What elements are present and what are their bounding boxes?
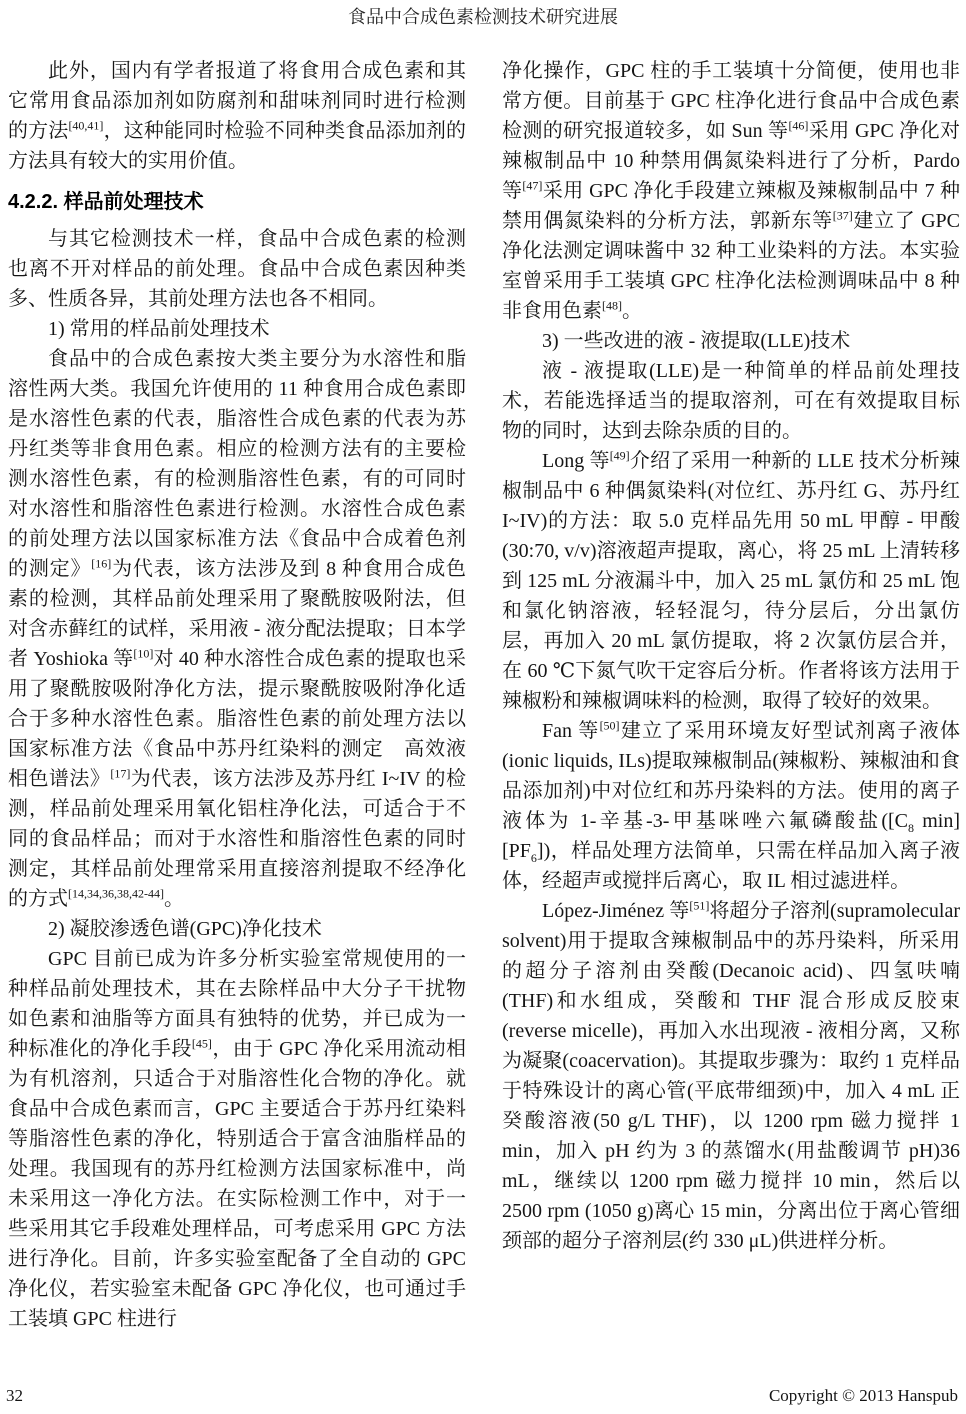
citation-ref: [45]	[192, 1036, 212, 1050]
citation-ref: [49]	[610, 448, 630, 462]
paragraph: López-Jiménez 等[51]将超分子溶剂(supramolecular…	[502, 896, 960, 1256]
copyright-notice: Copyright © 2013 Hanspub	[769, 1386, 958, 1406]
citation-ref: [16]	[91, 556, 111, 570]
paper-page: 食品中合成色素检测技术研究进展 此外，国内有学者报道了将食用合成色素和其它常用食…	[0, 0, 966, 1414]
subscript: 8	[908, 821, 914, 835]
citation-ref: [14,34,36,38,42-44]	[68, 886, 164, 900]
citation-ref: [37]	[833, 208, 853, 222]
citation-ref: [47]	[522, 178, 542, 192]
list-item: 2) 凝胶渗透色谱(GPC)净化技术	[8, 914, 466, 944]
section-heading: 4.2.2. 样品前处理技术	[8, 187, 466, 217]
paragraph: 净化操作，GPC 柱的手工装填十分简便，使用也非常方便。目前基于 GPC 柱净化…	[502, 56, 960, 326]
paragraph: 食品中的合成色素按大类主要分为水溶性和脂溶性两大类。我国允许使用的 11 种食用…	[8, 344, 466, 914]
list-item: 1) 常用的样品前处理技术	[8, 314, 466, 344]
subscript: 6	[531, 851, 537, 865]
paragraph: 液 - 液提取(LLE)是一种简单的样品前处理技术，若能选择适当的提取溶剂，可在…	[502, 356, 960, 446]
paragraph: GPC 目前已成为许多分析实验室常规使用的一种样品前处理技术，其在去除样品中大分…	[8, 944, 466, 1334]
citation-ref: [17]	[110, 766, 130, 780]
citation-ref: [10]	[133, 646, 153, 660]
page-number: 32	[6, 1386, 23, 1406]
right-column: 净化操作，GPC 柱的手工装填十分简便，使用也非常方便。目前基于 GPC 柱净化…	[502, 56, 960, 1334]
running-title: 食品中合成色素检测技术研究进展	[0, 3, 966, 29]
citation-ref: [51]	[689, 898, 709, 912]
citation-ref: [50]	[600, 718, 620, 732]
citation-ref: [40,41]	[68, 118, 103, 132]
left-column: 此外，国内有学者报道了将食用合成色素和其它常用食品添加剂如防腐剂和甜味剂同时进行…	[8, 56, 466, 1334]
paragraph: 与其它检测技术一样，食品中合成色素的检测也离不开对样品的前处理。食品中合成色素因…	[8, 224, 466, 314]
paragraph: Long 等[49]介绍了采用一种新的 LLE 技术分析辣椒制品中 6 种偶氮染…	[502, 446, 960, 716]
paragraph: Fan 等[50]建立了采用环境友好型试剂离子液体(ionic liquids,…	[502, 716, 960, 896]
citation-ref: [48]	[602, 298, 622, 312]
page-body: 此外，国内有学者报道了将食用合成色素和其它常用食品添加剂如防腐剂和甜味剂同时进行…	[8, 56, 960, 1334]
paragraph: 此外，国内有学者报道了将食用合成色素和其它常用食品添加剂如防腐剂和甜味剂同时进行…	[8, 56, 466, 176]
citation-ref: [46]	[788, 118, 808, 132]
list-item: 3) 一些改进的液 - 液提取(LLE)技术	[502, 326, 960, 356]
